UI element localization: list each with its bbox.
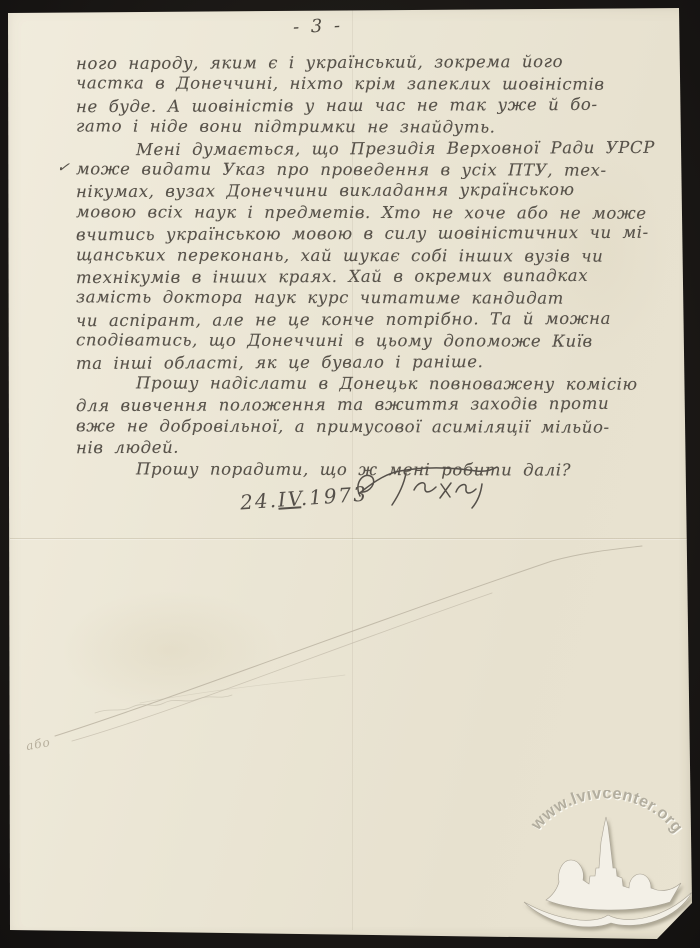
signature-scrawl [348, 458, 503, 516]
horizontal-fold-crease [10, 538, 688, 539]
lviv-skyline-book-icon [524, 817, 692, 927]
svg-text:www.lvivcenter.org: www.lvivcenter.org [527, 790, 686, 837]
handwritten-line: нікумах, вузах Донеччини викладання укра… [76, 180, 575, 201]
handwritten-line: не буде. А шовіністів у наш час не так у… [76, 95, 598, 116]
date-day: 24. [239, 488, 278, 515]
handwritten-line: вже не добровільної, а примусової асиміл… [76, 416, 610, 436]
margin-insertion-mark: ✓ [56, 157, 71, 177]
watermark-url-text: www.lvivcenter.org [527, 790, 686, 837]
paper-stain [60, 590, 280, 710]
handwritten-line: мовою всіх наук і предметів. Хто не хоче… [76, 202, 647, 222]
scanned-document-view: - 3 - ного народу, яким є і український,… [0, 0, 700, 948]
handwritten-line: сподіватись, що Донеччині в цьому допомо… [76, 331, 593, 351]
handwritten-line: частка в Донеччині, ніхто крім запеклих … [76, 74, 605, 94]
handwritten-line: щанських переконань, хай шукає собі інши… [76, 245, 603, 265]
handwritten-line: для вивчення положення та вжиття заходів… [76, 394, 609, 415]
handwritten-line: Прошу надіслати в Донецьк повноважену ко… [136, 373, 638, 393]
pencil-note: або [25, 735, 52, 753]
handwritten-line: чи аспірант, але не це конче потрібно. Т… [76, 309, 611, 330]
handwritten-line: гато і ніде вони підтримки не знайдуть. [76, 117, 496, 137]
handwritten-line: може видати Указ про проведення в усіх П… [76, 159, 607, 179]
handwritten-line: вчитись українською мовою в силу шовініс… [76, 223, 649, 244]
handwritten-line: ного народу, яким є і український, зокре… [76, 52, 563, 73]
document-page: - 3 - ного народу, яким є і український,… [0, 0, 700, 948]
watermark-url-emboss: www.lvivcenter.org [528, 790, 687, 838]
svg-text:www.lvivcenter.org: www.lvivcenter.org [528, 790, 687, 838]
handwritten-line: замість доктора наук курс читатиме канди… [76, 288, 564, 308]
date-month: IV [277, 486, 301, 512]
page-number: - 3 - [293, 15, 344, 38]
handwritten-line: нів людей. [76, 438, 179, 457]
handwritten-line: Мені думається, що Президія Верховної Ра… [136, 137, 655, 158]
handwritten-line: та інші області, як це бувало і раніше. [76, 352, 484, 373]
lvivcenter-watermark: www.lvivcenter.org www.lvivcenter.org [516, 790, 698, 946]
handwritten-line: технікумів в інших краях. Хай в окремих … [76, 266, 588, 287]
